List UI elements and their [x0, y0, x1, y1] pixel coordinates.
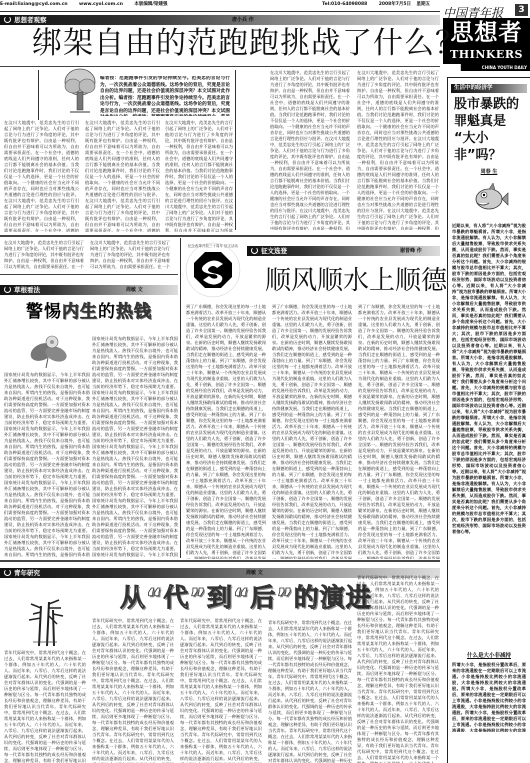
header-phone: Tel:010-64098088 [322, 2, 367, 7]
article1-byline: 唐小兵 作 [232, 16, 254, 23]
section-icon [251, 247, 258, 254]
article3-col-3: 到了广东顺德，你会发现这里的每一寸土地都充满着活力。改革开放三十年来，顺德从一个… [358, 304, 440, 559]
sidebar-sub-body: 所谓大小非，是指股权分置改革后，原来的非流通股在一定期限后可以上市流通。小非是指… [452, 662, 526, 732]
column-divider [180, 238, 181, 558]
article2-col-1: 国家统计局发布的数据显示，今年上半年我国外汇储备增长较快，其中不可解释的部分被认… [4, 372, 90, 557]
header-editors: 本版编辑/梁建强 [134, 2, 167, 7]
bamboo-illustration [25, 598, 65, 646]
article3-headline[interactable]: 顺风顺水上顺德 [265, 265, 447, 297]
article2-headline[interactable]: 警惕内生的热钱 [26, 301, 152, 323]
article2-byline: 周敏 文 [126, 286, 143, 293]
article3-col-2: 到了广东顺德，你会发现这里的每一寸土地都充满着活力。改革开放三十年来，顺德从一个… [272, 304, 352, 559]
tree-illustration [60, 66, 100, 114]
header-website: www.cyol.com.cn [79, 2, 123, 7]
sidebar-body: 近期以来，有人将“大小非减持”视为股市暴跌的罪魁祸首。所谓大小非，是指非流通股解… [452, 223, 526, 643]
article1-lead: 编者按：范跑跑事件引发的争论持续至今。范美忠的言论与行为，一次次挑战着公众道德底… [100, 76, 230, 116]
section-icon [4, 16, 11, 23]
article1-headline[interactable]: 绑架自由的范跑跑挑战了什么？ [32, 26, 466, 62]
article4-col-3: 青年代际研究中，常常用到代这个概念。在过去，人们常常用某某年代的人来指称某一个群… [180, 618, 262, 763]
article4-headline[interactable]: 从“代”到“后”的演进 [120, 583, 372, 613]
column-divider [235, 70, 236, 230]
column-divider [38, 70, 39, 120]
sidebar-headline[interactable]: 股市暴跌的 罪魁真是 “大小非”吗？ [448, 96, 530, 164]
section-icon [4, 569, 11, 576]
article4-col-5: 青年代际研究中，常常用到代这个概念。在过去，人们常常用某某年代的人来指称某一个群… [357, 575, 439, 763]
article2-col-2: 国家统计局发布的数据显示，今年上半年我国外汇储备增长较快，其中不可解释的部分被认… [92, 336, 178, 557]
header-email: E-mail:lixiang@cyd.com.cn [0, 2, 68, 7]
divider [0, 560, 440, 562]
flower-illustration [22, 330, 74, 370]
page-number: 3 [515, 4, 528, 16]
masthead-strip: CHINA YOUTH DAILY [443, 64, 530, 71]
article3-byline: 谢晋峰 作 [400, 247, 422, 254]
svg-text:纪念改革开放三十周年 征文活动: 纪念改革开放三十周年 征文活动 [188, 243, 239, 248]
divider [0, 235, 440, 237]
header-meta: E-mail:lixiang@cyd.com.cn www.cyol.com.c… [0, 0, 440, 12]
article1-col-5: 在汶川大地震中，范美忠先生的言行引起了网络上的广泛争论。人们对于他的言论与行为进… [357, 70, 439, 230]
article1-tail-1: 在汶川大地震中，范美忠先生的言行引起了网络上的广泛争论。人们对于他的言论与行为进… [4, 240, 84, 270]
article1-col-4: 在汶川大地震中，范美忠先生的言行引起了网络上的广泛争论。人们对于他的言论与行为进… [270, 70, 350, 230]
article1-col-2: 在汶川大地震中，范美忠先生的言行引起了网络上的广泛争论。人们对于他的言论与行为进… [85, 120, 160, 232]
article1-tail-2: 在汶川大地震中，范美忠先生的言行引起了网络上的广泛争论。人们对于他的言论与行为进… [90, 240, 170, 270]
sidebar-column: 生活中的经济学 股市暴跌的 罪魁真是 “大小非”吗？ 周春 生 近期以来，有人将… [447, 77, 530, 763]
sidebar-subhead: 什么是大小非减持 [448, 651, 530, 659]
anniversary-logo: 纪念改革开放三十周年 征文活动 [183, 240, 243, 300]
sidebar-byline: 周春 生 [448, 168, 530, 175]
header-weekday: 星期五 [417, 2, 431, 7]
fish-illustration [469, 179, 509, 219]
article4-col-2: 青年代际研究中，常常用到代这个概念。在过去，人们常常用某某年代的人来指称某一个群… [92, 618, 174, 763]
article4-byline: 周敏 文 [246, 569, 263, 576]
header-date: 2008年7月5日 [379, 2, 411, 7]
sidebar-section-band: 生活中的经济学 [451, 84, 527, 93]
section-band-grassroots: 草根看法 [0, 285, 178, 295]
section-band-thinker-observe: 思想者观察 [0, 15, 440, 25]
section-icon [4, 286, 11, 293]
article1-col-3: 在汶川大地震中，范美忠先生的言行引起了网络上的广泛争论。人们对于他的言论与行为进… [165, 120, 233, 232]
article4-col-1: 青年代际研究中，常常用到代这个概念。在过去，人们常常用某某年代的人来指称某一个群… [4, 650, 86, 763]
article1-col-1: 在汶川大地震中，范美忠先生的言行引起了网络上的广泛争论。人们对于他的言论与行为进… [4, 120, 79, 232]
divider [0, 274, 178, 275]
article4-col-4: 青年代际研究中，常常用到代这个概念。在过去，人们常常用某某年代的人来指称某一个群… [268, 620, 352, 763]
article3-col-1: 到了广东顺德，你会发现这里的每一寸土地都充满着活力。改革开放三十年来，顺德从一个… [186, 304, 266, 559]
